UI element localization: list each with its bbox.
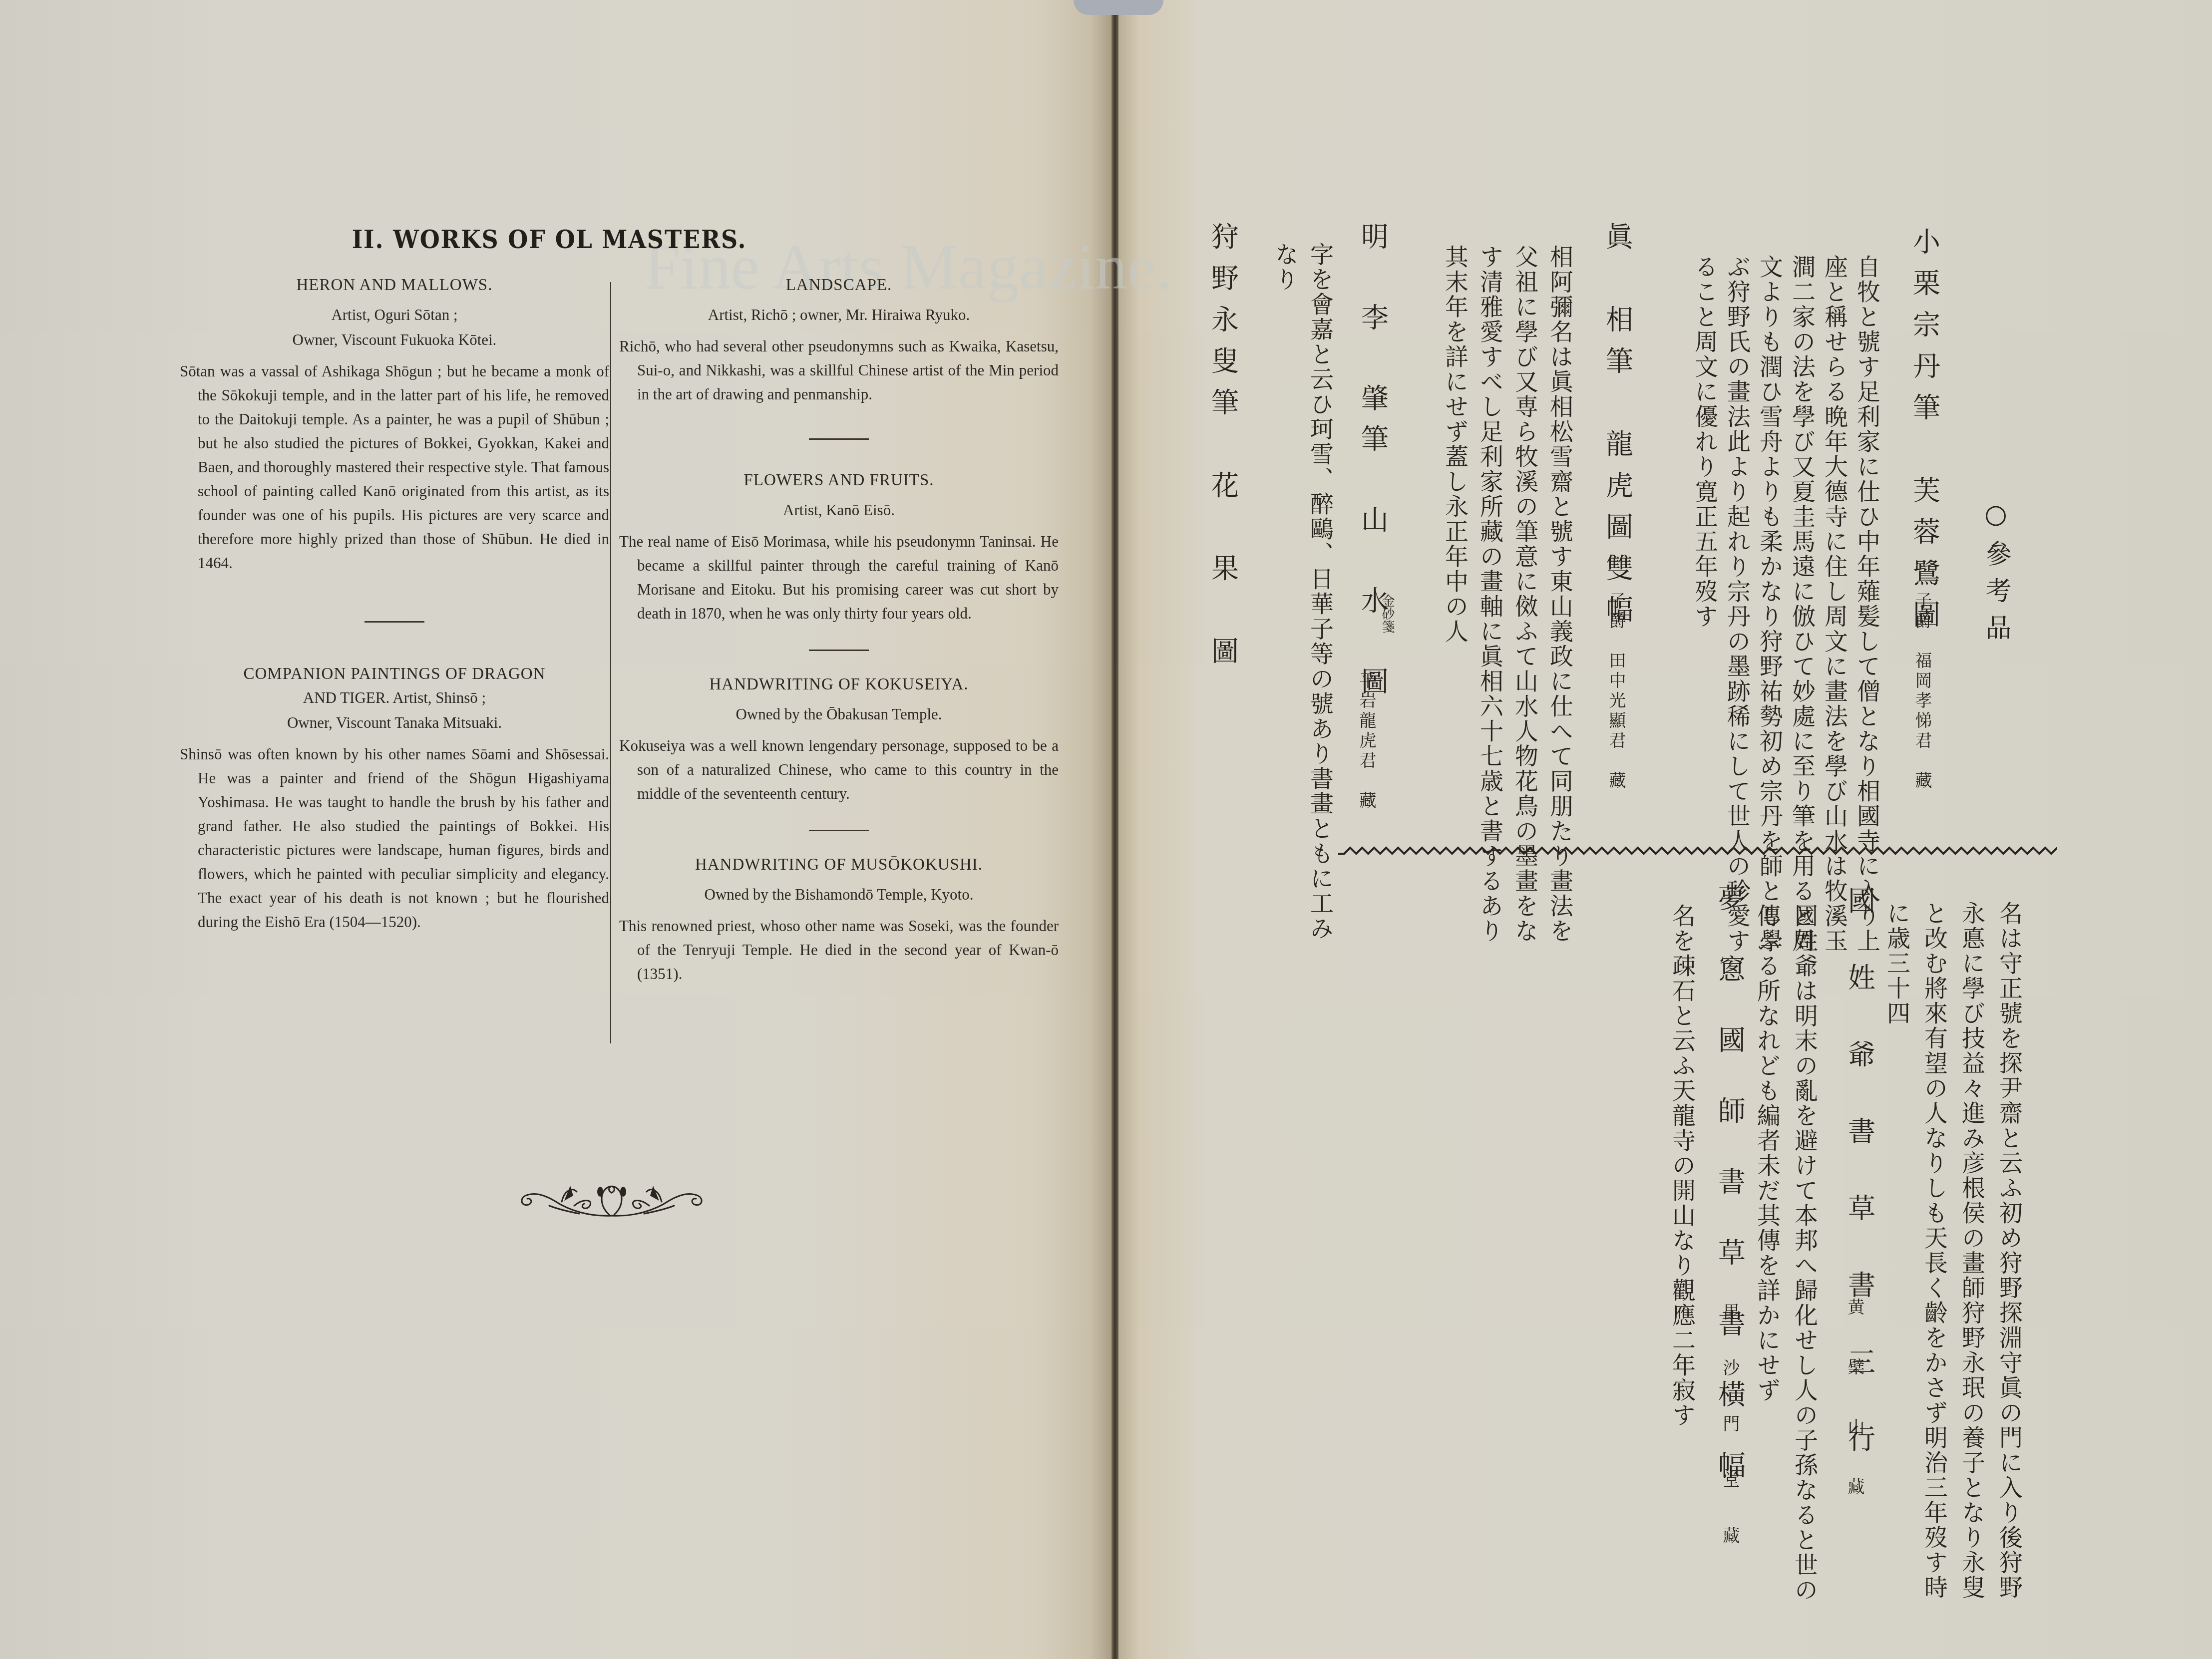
item-title: 小栗宗丹筆 芙蓉鷺圖 [1905, 227, 1944, 642]
item-owner: 子爵 福岡孝悌君 藏 [1910, 592, 1934, 791]
entry-kokuseiya: HANDWRITING OF KOKUSEIYA. Owned by the Ō… [619, 673, 1059, 806]
item-title: 狩野永叟筆 花 果 圖 [1203, 222, 1243, 678]
item-description-line: と改む將來有望の人なりしも天長く齡をかさず明治三年歿す時 [1922, 901, 1946, 1600]
item-description-line: 相阿彌名は眞相松雪齋と號す東山義政に仕へて同朋たり畫法を [1548, 245, 1571, 944]
item-description-line: 字を會嘉と云ひ珂雪、醉鷗、日華子等の號あり書畫ともに工み [1308, 242, 1332, 941]
item-description-line: に歳三十四 [1885, 901, 1908, 1026]
entry-title: LANDSCAPE. [619, 274, 1059, 297]
entry-landscape: LANDSCAPE. Artist, Richō ; owner, Mr. Hi… [619, 274, 1059, 406]
item-owner: 毘 沙 門 堂 藏 [1718, 1303, 1742, 1555]
entry-artist-name: Artist, Shinsō ; [392, 689, 486, 706]
left-text-column: HERON AND MALLOWS. Artist, Oguri Sōtan ;… [180, 274, 609, 934]
right-text-column: LANDSCAPE. Artist, Richō ; owner, Mr. Hi… [619, 274, 1059, 986]
entry-title: FLOWERS AND FRUITS. [619, 469, 1059, 492]
entry-title-cont: AND TIGER. [303, 689, 389, 706]
wavy-rule-divider [1338, 843, 2057, 858]
entry-owner: Owned by the Bishamondō Temple, Kyoto. [619, 882, 1059, 907]
item-description-line: 永悳に學び技益々進み彦根侯の畫師狩野永珉の養子となり永叟 [1960, 901, 1983, 1600]
entry-artist: AND TIGER. Artist, Shinsō ; [180, 685, 609, 710]
section-title: II. WORKS OF OL MASTERS. [44, 225, 1055, 254]
entry-artist: Artist, Kanō Eisō. [619, 498, 1059, 523]
entry-owner: Owner, Viscount Fukuoka Kōtei. [180, 328, 609, 352]
item-owner: 子爵 田中光顯君 藏 [1604, 592, 1628, 791]
item-title: 眞 相筆 龍虎圖雙幅 [1598, 222, 1637, 637]
entry-owner: Owned by the Ōbakusan Temple. [619, 702, 1059, 727]
entry-artist-owner: Artist, Richō ; owner, Mr. Hiraiwa Ryuko… [619, 303, 1059, 328]
item-owner: 平岩龍虎君 藏 [1354, 671, 1379, 811]
entry-musokokushi: HANDWRITING OF MUSŌKOKUSHI. Owned by the… [619, 853, 1059, 986]
reference-items-heading: ○參考品 [1977, 499, 2015, 651]
item-description-line: なり [1273, 242, 1297, 292]
section-separator [809, 830, 869, 831]
item-description-line: 名を疎石と云ふ天龍寺の開山なり觀應二年寂す [1670, 904, 1694, 1428]
item-description-line: 其末年を詳にせず蓋し永正年中の人 [1443, 245, 1467, 644]
entry-body: Shinsō was often known by his other name… [180, 742, 609, 934]
item-description-line: 名は守正號を探尹齋と云ふ初め狩野探淵守眞の門に入り後狩野 [1997, 901, 2021, 1600]
section-separator [365, 621, 424, 623]
item-description-line: 國姓爺は明末の亂を避けて本邦へ歸化せし人の子孫なると世の [1793, 904, 1816, 1603]
item-description-line: す清雅愛すべし足利家所藏の畫軸に眞相六十七歳と書するあり [1478, 245, 1501, 944]
item-description-line: 傳ふる所なれども編者未だ其傳を詳かにせず [1755, 904, 1779, 1403]
page-top-gap [1074, 0, 1163, 15]
column-rule [610, 282, 611, 1043]
entry-body: This renowned priest, whoso other name w… [619, 914, 1059, 986]
entry-title: COMPANION PAINTINGS OF DRAGON [180, 663, 609, 685]
item-title: 明 李 肇筆 山 水 圖 [1353, 222, 1393, 707]
entry-body: The real name of Eisō Morimasa, while hi… [619, 530, 1059, 626]
entry-title: HANDWRITING OF KOKUSEIYA. [619, 673, 1059, 696]
item-paper-note: 金砂箋 [1378, 594, 1397, 633]
entry-dragon-and-tiger: COMPANION PAINTINGS OF DRAGON AND TIGER.… [180, 663, 609, 934]
entry-artist: Artist, Oguri Sōtan ; [180, 303, 609, 328]
entry-heron-and-mallows: HERON AND MALLOWS. Artist, Oguri Sōtan ;… [180, 274, 609, 575]
entry-body: Kokuseiya was a well known lengendary pe… [619, 734, 1059, 806]
entry-body: Richō, who had several other pseudonymns… [619, 334, 1059, 406]
entry-owner: Owner, Viscount Tanaka Mitsuaki. [180, 710, 609, 735]
item-owner: 黄 檗 山 藏 [1843, 1298, 1867, 1508]
entry-title: HANDWRITING OF MUSŌKOKUSHI. [619, 853, 1059, 876]
section-separator [809, 438, 869, 440]
item-description-line: ること周文に優れり寛正五年歿す [1693, 255, 1716, 629]
section-separator [809, 650, 869, 651]
entry-flowers-and-fruits: FLOWERS AND FRUITS. Artist, Kanō Eisō. T… [619, 469, 1059, 626]
book-gutter [1111, 15, 1118, 1659]
entry-body: Sōtan was a vassal of Ashikaga Shōgun ; … [180, 359, 609, 575]
entry-title: HERON AND MALLOWS. [180, 274, 609, 297]
floral-scroll-ornament-icon [514, 1181, 709, 1221]
item-description-line: 父祖に學び又専ら牧溪の筆意に傚ふて山水人物花鳥の墨畫をな [1513, 245, 1536, 944]
